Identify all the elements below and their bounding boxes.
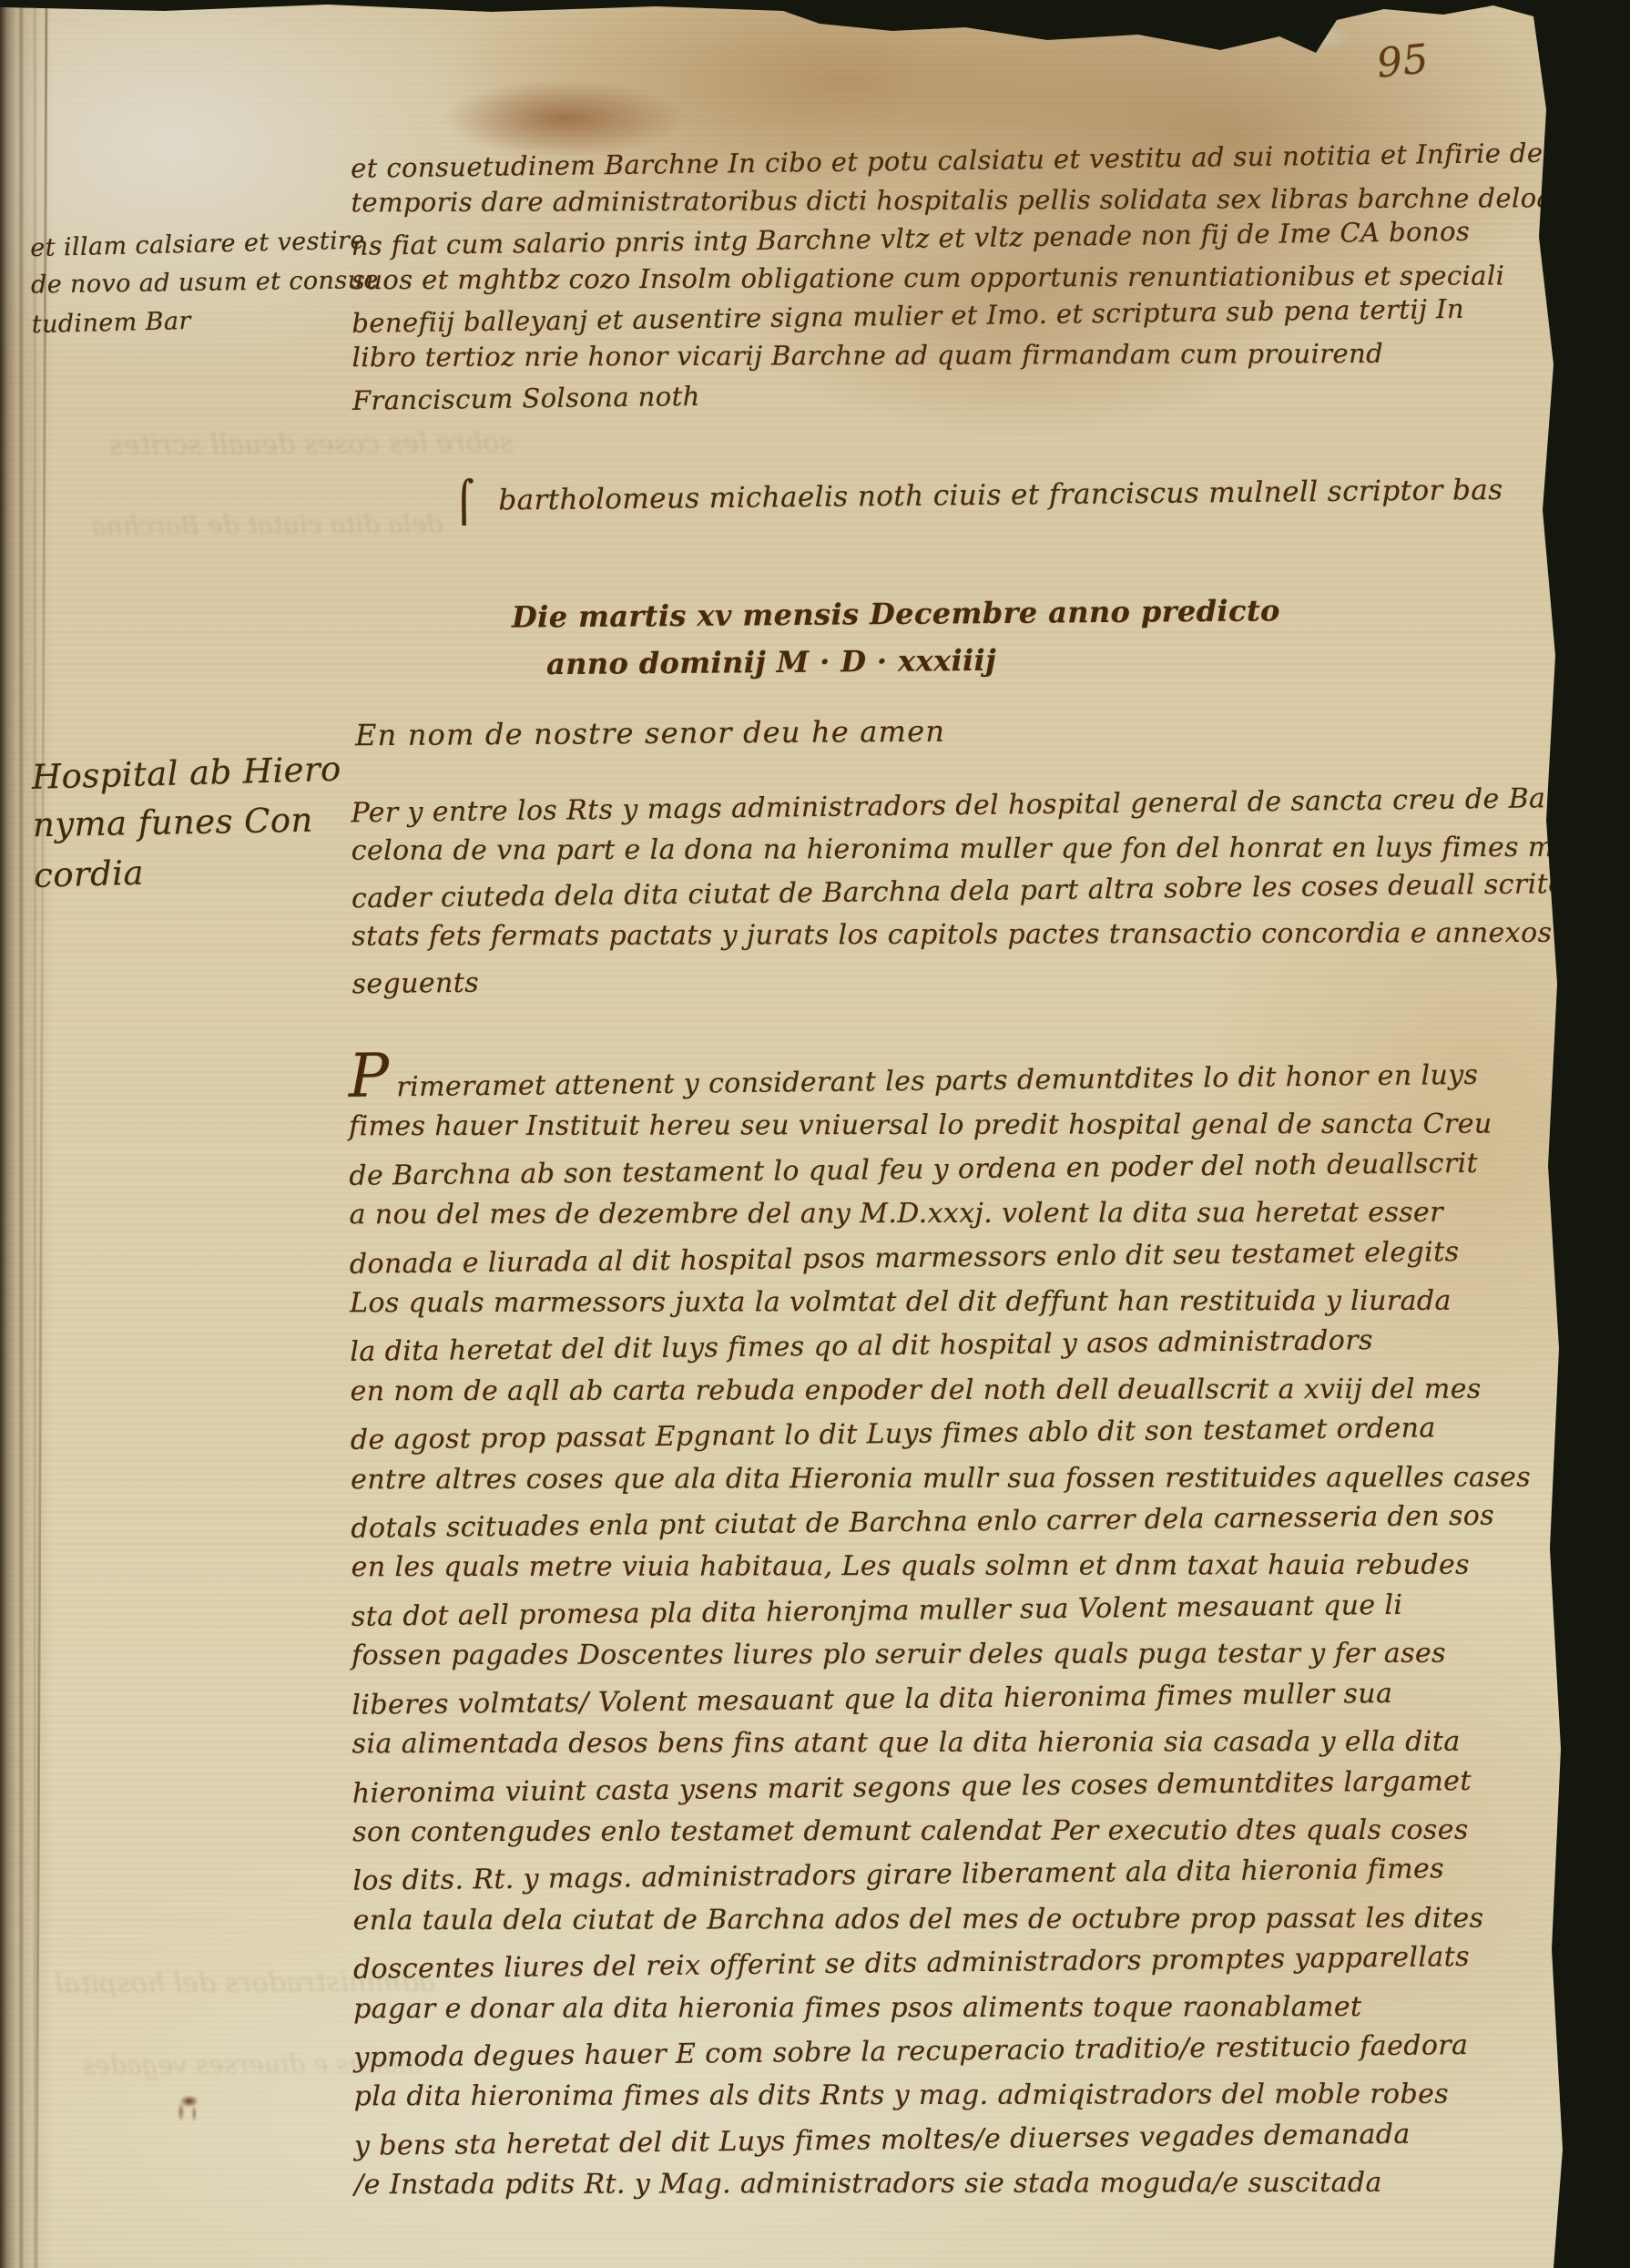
text-line: Los quals marmessors juxta la volmtat de… [350, 1280, 1452, 1326]
text-line: doscentes liures del reix offerint se di… [353, 1936, 1455, 1992]
text-line: pagar e donar ala dita hieronia fimes ps… [353, 1985, 1455, 2031]
text-line: fimes hauer Instituit hereu seu vniuersa… [349, 1103, 1451, 1149]
text-line: entre altres coses que ala dita Hieronia… [351, 1456, 1452, 1502]
text-line: pla dita hieronima fimes als dits Rnts y… [354, 2073, 1456, 2120]
text-line: a nou del mes de dezembre del any M.D.xx… [350, 1191, 1452, 1238]
text-line: dotals scituades enla pnt ciutat de Barc… [351, 1495, 1452, 1551]
date-heading-line1: Die martis xv mensis Decembre anno predi… [512, 593, 1280, 634]
text-line: donada e liurada al dit hospital psos ma… [350, 1231, 1452, 1287]
text-line: y bens sta heretat del dit Luys fimes mo… [354, 2112, 1456, 2169]
text-line: liberes volmtats/ Volent mesauant que la… [351, 1671, 1453, 1728]
verso-bleed-through: sobre les coses deuall scrites [109, 426, 514, 461]
text-line: et illam calsiare et vestire [30, 222, 350, 268]
text-line: sia alimentada desos bens fins atant que… [352, 1721, 1454, 1767]
preamble-paragraph: Per y entre los Rts y mags administrador… [351, 782, 1444, 1002]
text-line: Primeramet attenent y considerant les pa… [349, 1043, 1452, 1110]
text-line: fossen pagades Doscentes liures plo seru… [351, 1632, 1453, 1679]
verso-bleed-through: dela dita ciutat de Barchna [91, 509, 443, 542]
date-heading-line2: anno dominij M · D · xxxiiij [546, 643, 996, 681]
text-line: enla taula dela ciutat de Barchna ados d… [353, 1896, 1455, 1943]
text-line: son contengudes enlo testamet demunt cal… [352, 1809, 1454, 1855]
text-line: seguents [351, 950, 1444, 1006]
invocation-line: En nom de nostre senor deu he amen [355, 714, 945, 753]
margin-note-clothing: et illam calsiare et vestirede novo ad u… [30, 223, 351, 343]
text-line: de Barchna ab son testament lo qual feu … [349, 1142, 1451, 1199]
margin-note-hospital-concordia: Hospital ab Hieronyma funes Concordia [31, 745, 362, 900]
text-line: tudinem Bar [31, 299, 351, 344]
text-line: cordia [33, 843, 362, 901]
text-line: ypmoda degues hauer E com sobre la recup… [353, 2024, 1455, 2080]
text-line: nyma funes Con [33, 795, 362, 850]
text-line: de agost prop passat Epgnant lo dit Luys… [351, 1406, 1452, 1463]
latin-closing-paragraph: et consuetudinem Barchne In cibo et potu… [351, 138, 1445, 417]
text-line: /e Instada pdits Rt. y Mag. administrado… [354, 2161, 1456, 2208]
first-chapter-paragraph: Primeramet attenent y considerant les pa… [349, 1047, 1457, 2210]
text-line: la dita heretat del dit luys fimes qo al… [350, 1319, 1452, 1375]
torn-corner-fibres [1273, 16, 1382, 67]
text-line: en les quals metre viuia habitaua, Les q… [351, 1544, 1453, 1590]
ink-blot [171, 2090, 204, 2121]
folio-number: 95 [1374, 36, 1431, 87]
text-line: Hospital ab Hiero [31, 744, 360, 802]
text-line: en nom de aqll ab carta rebuda enpoder d… [351, 1368, 1452, 1415]
text-line: de novo ad usum et consue [31, 261, 351, 304]
manuscript-page: sobre les coses deuall scrites dela dita… [0, 0, 1630, 2268]
text-line: sta dot aell promesa pla dita hieronjma … [351, 1583, 1453, 1640]
witness-line: bartholomeus michaelis noth ciuis et fra… [453, 468, 1503, 526]
text-line: hieronima viuint casta ysens marit segon… [352, 1760, 1454, 1816]
text-line: los dits. Rt. y mags. administradors gir… [352, 1847, 1454, 1904]
